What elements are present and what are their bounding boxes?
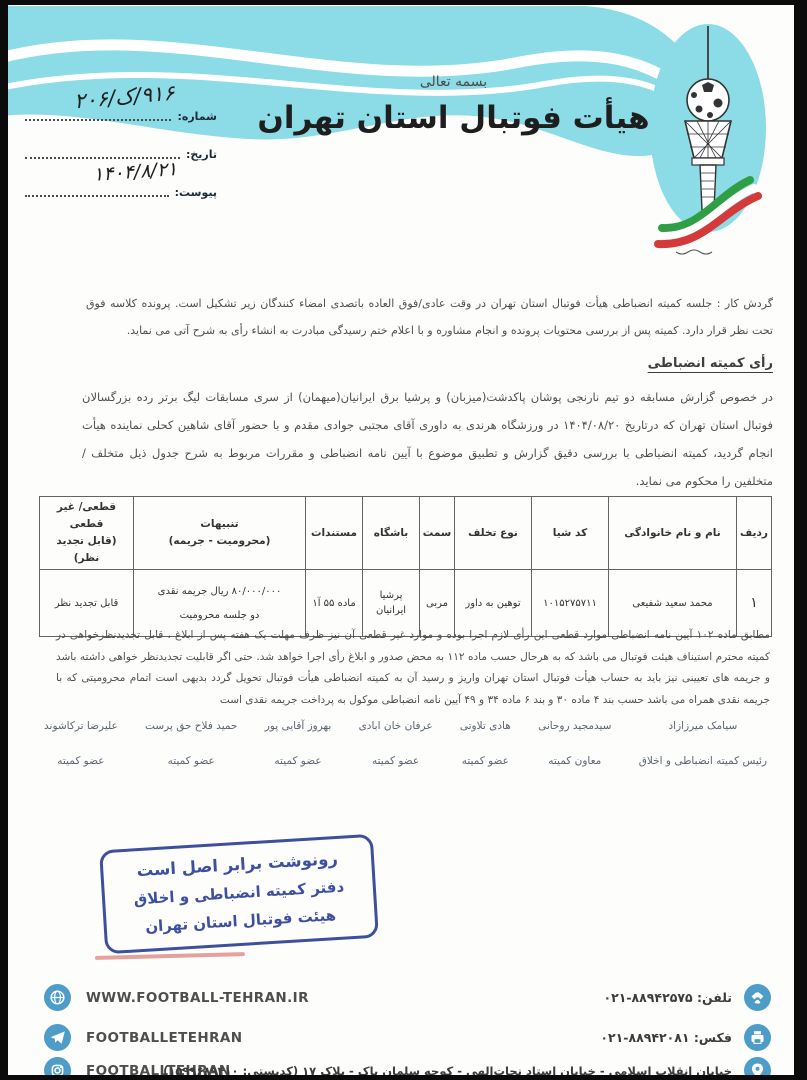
stamp-line-3: هیئت فوتبال استان تهران: [112, 904, 369, 938]
date-dotted-line: [25, 154, 180, 159]
phone-icon: [744, 984, 771, 1011]
header-position: سمت: [420, 497, 455, 570]
phone-text: تلفن: ۸۸۹۴۲۵۷۵-۰۲۱: [603, 990, 732, 1005]
website-text: WWW.FOOTBALL-TEHRAN.IR: [86, 990, 309, 1006]
telegram-icon: [44, 1024, 71, 1051]
header-code: کد شیا: [532, 497, 609, 570]
verdict-table: ردیف نام و نام خانوادگی کد شیا نوع تخلف …: [40, 496, 772, 637]
signature-name: سیدمجید روحانی: [538, 720, 611, 732]
letter-number-row: شماره: ۹۱۶/ک/۲۰۶: [25, 97, 217, 123]
header-name: نام و نام خانوادگی: [609, 497, 737, 570]
telegram-text: FOOTBALLETEHRAN: [86, 1030, 242, 1046]
number-label: شماره:: [177, 110, 217, 123]
scan-edge-top: [0, 0, 807, 5]
signatures-row: سیامک میرزازاد رئیس کمیته انضباطی و اخلا…: [44, 720, 767, 767]
footer-fax-row: فکس: ۸۸۹۴۲۰۸۱-۰۲۱: [600, 1024, 771, 1051]
number-dotted-line: [25, 116, 171, 121]
header-violation: نوع تخلف: [455, 497, 532, 570]
table-header-row: ردیف نام و نام خانوادگی کد شیا نوع تخلف …: [40, 497, 772, 570]
signature-member-5: علیرضا ترکاشوند عضو کمیته: [44, 720, 118, 767]
signature-role: معاون کمیته: [538, 755, 611, 767]
header-documentation: مستندات: [306, 497, 363, 570]
signature-name: بهروز آقایی پور: [265, 720, 332, 732]
penalty-suspension: دو جلسه محرومیت: [136, 608, 303, 623]
signature-name: هادی تلاوتی: [460, 720, 511, 732]
signature-name: عرفان خان ابادی: [359, 720, 433, 732]
signature-member-4: حمید فلاح حق پرست عضو کمیته: [145, 720, 237, 767]
attachment-dotted-line: [25, 192, 169, 197]
letter-date-row: تاریخ: ۱۴۰۴/۸/۲۱: [25, 135, 217, 161]
fax-icon: [744, 1024, 771, 1051]
header-club: باشگاه: [363, 497, 420, 570]
signature-role: رئیس کمیته انضباطی و اخلاق: [639, 755, 767, 767]
signature-name: سیامک میرزازاد: [639, 720, 767, 732]
signature-chairman: سیامک میرزازاد رئیس کمیته انضباطی و اخلا…: [639, 720, 767, 767]
header-status: قطعی/ غیر قطعی (قابل تجدید نظر): [40, 497, 134, 570]
fax-text: فکس: ۸۸۹۴۲۰۸۱-۰۲۱: [600, 1030, 732, 1045]
attachment-label: پیوست:: [175, 186, 217, 199]
signature-member-2: عرفان خان ابادی عضو کمیته: [359, 720, 433, 767]
stamp-line-1: رونوشت برابر اصل است: [109, 847, 366, 882]
org-title: هیأت فوتبال استان تهران: [200, 100, 707, 136]
signature-role: عضو کمیته: [44, 755, 118, 767]
signature-role: عضو کمیته: [145, 755, 237, 767]
date-label: تاریخ:: [186, 148, 217, 161]
stamp-line-2: دفتر کمیته انضباطی و اخلاق: [111, 876, 368, 910]
legal-paragraph: مطابق ماده ۱۰۲ آیین نامه انضباطی موارد ق…: [56, 625, 770, 711]
footer-telegram-row: FOOTBALLETEHRAN: [44, 1024, 242, 1051]
signature-role: عضو کمیته: [265, 755, 332, 767]
signature-name: حمید فلاح حق پرست: [145, 720, 237, 732]
signature-name: علیرضا ترکاشوند: [44, 720, 118, 732]
globe-icon: [44, 984, 71, 1011]
signature-member-3: بهروز آقایی پور عضو کمیته: [265, 720, 332, 767]
signature-role: عضو کمیته: [359, 755, 433, 767]
footer-website-row: WWW.FOOTBALL-TEHRAN.IR: [44, 984, 309, 1011]
header-row-no: ردیف: [737, 497, 772, 570]
scan-edge-right: [794, 0, 807, 1080]
signature-deputy: سیدمجید روحانی معاون کمیته: [538, 720, 611, 767]
penalty-fine: ۸۰/۰۰۰/۰۰۰ ریال جریمه نقدی: [136, 584, 303, 599]
letter-meta-block: شماره: ۹۱۶/ک/۲۰۶ تاریخ: ۱۴۰۴/۸/۲۱ پیوست:: [25, 97, 217, 211]
signature-member-1: هادی تلاوتی عضو کمیته: [460, 720, 511, 767]
footer-phone-row: تلفن: ۸۸۹۴۲۵۷۵-۰۲۱: [603, 984, 771, 1011]
signature-role: عضو کمیته: [460, 755, 511, 767]
header-penalties: تنبیهات (محرومیت - جریمه): [134, 497, 306, 570]
procedure-paragraph: گردش کار : جلسه کمیته انضباطی هیأت فوتبا…: [86, 290, 773, 344]
verdict-heading: رأی کمیته انضباطی: [648, 356, 773, 371]
bismillah-text: بسمه تعالی: [200, 74, 707, 90]
certification-stamp: رونوشت برابر اصل است دفتر کمیته انضباطی …: [99, 834, 379, 955]
verdict-paragraph: در خصوص گزارش مسابقه دو تیم نارنجی پوشان…: [82, 383, 773, 495]
scan-edge-bottom: [0, 1075, 807, 1080]
scan-edge-left: [0, 0, 8, 1080]
scanned-letter-page: بسمه تعالی هیأت فوتبال استان تهران شماره…: [0, 0, 807, 1080]
